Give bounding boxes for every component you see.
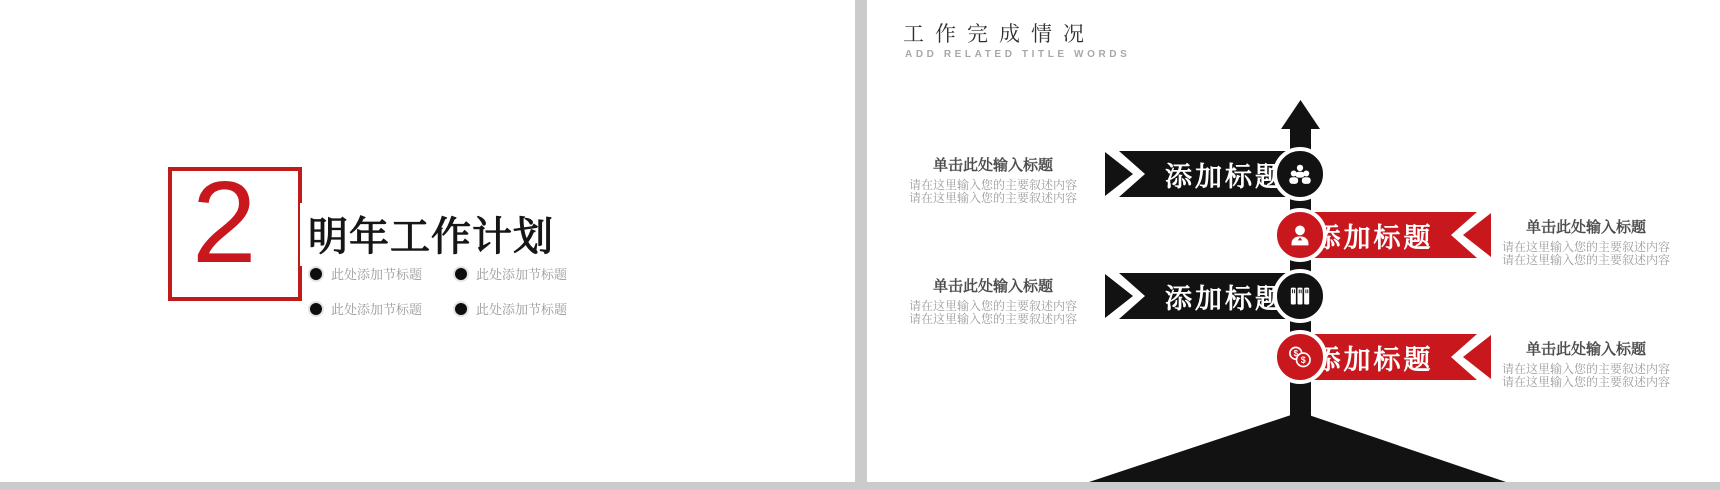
row3-description[interactable]: 单击此处输入标题 请在这里输入您的主要叙述内容 请在这里输入您的主要叙述内容 [893,275,1093,326]
row3-banner[interactable]: 添加标题 [1105,273,1301,319]
section-bullet[interactable]: 此处添加节标题 [310,264,460,283]
page-title[interactable]: 工作完成情况 [903,18,1095,48]
section-bullet[interactable]: 此处添加节标题 [310,299,460,318]
desc-line: 请在这里输入您的主要叙述内容 [1497,254,1675,267]
svg-text:$: $ [1301,355,1306,365]
desc-line: 请在这里输入您的主要叙述内容 [1497,376,1675,389]
row1-banner[interactable]: 添加标题 [1105,151,1301,197]
row4-banner[interactable]: 添加标题 [1300,334,1491,380]
section-title[interactable]: 明年工作计划 [300,203,560,266]
person-icon [1273,208,1327,262]
coins-icon: $ $ [1273,330,1327,384]
slide-right-canvas[interactable]: 工作完成情况 ADD RELATED TITLE WORDS 单击此处输入标题 … [867,0,1720,482]
desc-title: 单击此处输入标题 [893,275,1093,296]
section-bullet[interactable]: 此处添加节标题 [455,299,605,318]
bullet-label: 此处添加节标题 [476,299,567,318]
desc-title: 单击此处输入标题 [893,154,1093,175]
row4-description[interactable]: 单击此处输入标题 请在这里输入您的主要叙述内容 请在这里输入您的主要叙述内容 [1497,338,1675,389]
banner-label: 添加标题 [1300,216,1491,255]
row1-description[interactable]: 单击此处输入标题 请在这里输入您的主要叙述内容 请在这里输入您的主要叙述内容 [893,154,1093,205]
section-bullet[interactable]: 此处添加节标题 [455,264,605,283]
row2-banner[interactable]: 添加标题 [1300,212,1491,258]
bullet-dot-icon [310,303,322,315]
bottom-background-strip [0,482,1720,490]
bullet-label: 此处添加节标题 [331,299,422,318]
row2-description[interactable]: 单击此处输入标题 请在这里输入您的主要叙述内容 请在这里输入您的主要叙述内容 [1497,216,1675,267]
bullet-label: 此处添加节标题 [476,264,567,283]
timeline-arrowhead [1281,100,1320,129]
books-icon [1273,269,1327,323]
team-icon [1273,147,1327,201]
desc-title: 单击此处输入标题 [1497,338,1675,359]
bullet-dot-icon [455,303,467,315]
slide-left-canvas[interactable]: 2 明年工作计划 此处添加节标题 此处添加节标题 此处添加节标题 此处添加节标题 [0,0,855,482]
banner-label: 添加标题 [1105,277,1301,316]
timeline-base-mountain [1089,412,1506,482]
section-number: 2 [192,172,282,272]
banner-label: 添加标题 [1105,155,1301,194]
desc-line: 请在这里输入您的主要叙述内容 [893,192,1093,205]
bullet-dot-icon [310,268,322,280]
banner-label: 添加标题 [1300,338,1491,377]
bullet-dot-icon [455,268,467,280]
slide-gap-divider [855,0,867,482]
bullet-label: 此处添加节标题 [331,264,422,283]
desc-title: 单击此处输入标题 [1497,216,1675,237]
desc-line: 请在这里输入您的主要叙述内容 [893,313,1093,326]
page-subtitle[interactable]: ADD RELATED TITLE WORDS [905,49,1130,60]
